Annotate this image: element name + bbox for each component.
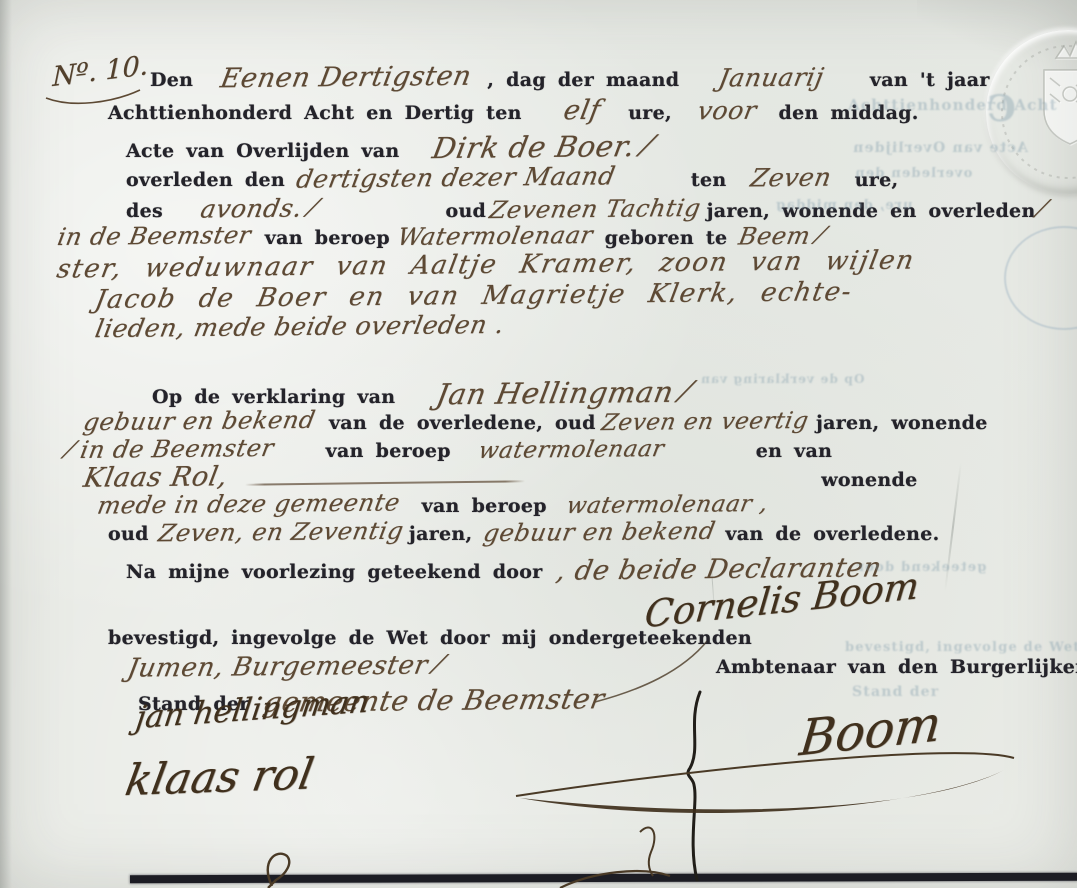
family-line-1: ster, weduwnaar van Aaltje Kramer, zoon … bbox=[58, 250, 914, 280]
declarant1-line: gebuur en bekendvan de overledene, oudZe… bbox=[84, 407, 988, 435]
declarant1-age-entry: Zeven en veertig bbox=[599, 408, 810, 436]
parents-status-entry: lieden, mede beide overleden . bbox=[93, 310, 507, 343]
deceased-age-entry: Zevenen Tachtig bbox=[487, 194, 703, 224]
residence-entry: in de Beemster bbox=[55, 221, 253, 251]
printed-text: Acte van Overlijden van bbox=[126, 140, 399, 162]
signature-klaas-rol: klaas rol bbox=[122, 749, 318, 806]
family-line-2: Jacob de Boer en van Magrietje Klerk, ec… bbox=[96, 281, 851, 311]
official-title-printed-line: Ambtenaar van den Burgerlijken bbox=[716, 656, 1077, 678]
declarant1-name-entry: Jan Hellingman ⁄ bbox=[434, 375, 692, 412]
death-date-line: overleden dendertigsten dezer MaandtenZe… bbox=[126, 163, 898, 192]
printed-text: van de overledene, oud bbox=[329, 412, 596, 434]
declarant1-residence-entry: ⁄ in de Beemster bbox=[65, 434, 276, 464]
signature-tail-stroke bbox=[595, 640, 708, 702]
printed-text: van de overledene. bbox=[725, 523, 939, 545]
declaration-line: Op de verklaring vanJan Hellingman ⁄ bbox=[152, 376, 689, 410]
handwritten-text: ⁄ bbox=[1037, 195, 1047, 223]
brace-ink-mark bbox=[688, 692, 700, 880]
boom-flourish-upper bbox=[516, 753, 1014, 796]
act-title-line: Acte van Overlijden vanDirk de Boer. ⁄ bbox=[126, 130, 650, 164]
hour-entry: elf bbox=[561, 95, 603, 126]
signature-boom: Boom bbox=[797, 695, 944, 768]
declarant1-profession-entry: watermolenaar bbox=[476, 436, 666, 464]
printed-text: ten bbox=[691, 169, 727, 191]
printed-text: van beroep bbox=[422, 495, 547, 517]
declarant1-residence-line: ⁄ in de Beemstervan beroepwatermolenaare… bbox=[68, 435, 832, 463]
printed-text: overleden den bbox=[126, 169, 285, 191]
declarant2-name-entry: Klaas Rol, bbox=[81, 461, 230, 493]
deceased-name-entry: Dirk de Boer. ⁄ bbox=[430, 129, 654, 165]
printed-text: oud bbox=[445, 200, 486, 222]
official-title-entry: Jumen, Burgemeester ⁄ bbox=[125, 650, 444, 683]
declarant2-age-line: oudZeven, en Zeventigjaren,gebuur en bek… bbox=[108, 518, 940, 546]
printed-text: , dag der maand bbox=[487, 69, 679, 91]
printed-text: geboren te bbox=[605, 227, 728, 249]
declarant2-relation-entry: gebuur en bekend bbox=[482, 517, 719, 547]
declarant2-name-line: Klaas Rol,wonende bbox=[84, 462, 917, 493]
bleed-through-text: Achttienhonderd Acht bbox=[848, 96, 1058, 114]
bleed-through-text: geteekend door bbox=[856, 560, 986, 575]
death-day-entry: dertigsten dezer Maand bbox=[294, 161, 618, 193]
declarant2-residence-line: mede in deze gemeentevan beroepwatermole… bbox=[98, 490, 768, 518]
bleed-through-text: Acte van Overlijden bbox=[852, 140, 1028, 156]
death-hour-entry: Zeven bbox=[748, 163, 834, 193]
record-number: Nº. 10. bbox=[52, 50, 148, 93]
blank-filler-rule bbox=[245, 480, 525, 485]
printed-text: van beroep bbox=[265, 227, 390, 249]
declarant2-age-entry: Zeven, en Zeventig bbox=[156, 517, 406, 548]
boom-flourish-lens bbox=[520, 770, 1004, 813]
family-line-3: lieden, mede beide overleden . bbox=[96, 312, 504, 341]
printed-text: van beroep bbox=[326, 440, 451, 462]
printed-text: Op de verklaring van bbox=[152, 386, 395, 408]
date-line-1: DenEenen Dertigsten, dag der maandJanuar… bbox=[150, 62, 990, 93]
before-noon-entry: voor bbox=[695, 96, 759, 126]
month-entry: Januarij bbox=[717, 62, 827, 92]
date-line-2: Achttienhonderd Acht en Dertig tenelfure… bbox=[108, 95, 919, 126]
printed-text: jaren, bbox=[409, 523, 473, 545]
declarant2-residence-entry: mede in deze gemeente bbox=[95, 488, 402, 519]
printed-text: en van bbox=[756, 440, 832, 462]
death-record-page: Nº. 10. DenEenen Dertigsten, dag der maa… bbox=[0, 0, 1077, 888]
printed-text: oud bbox=[108, 523, 149, 545]
bleed-through-text: overleden den bbox=[854, 166, 972, 181]
printed-text: Na mijne voorlezing geteekend door bbox=[126, 561, 543, 583]
bleed-through-text: Op de verklaring van bbox=[700, 372, 864, 386]
day-of-month-entry: Eenen Dertigsten bbox=[218, 61, 474, 95]
bottom-rule-bar bbox=[130, 873, 1077, 883]
bleed-through-text: ure, den middag bbox=[775, 198, 912, 213]
declarant2-profession-entry: watermolenaar , bbox=[564, 491, 770, 519]
printed-text: Ambtenaar van den Burgerlijken bbox=[716, 656, 1077, 678]
scan-edge-shadow bbox=[0, 0, 12, 888]
partial-signature-stroke bbox=[640, 828, 654, 876]
time-of-day-entry: avonds. ⁄ bbox=[198, 193, 318, 223]
profession-entry: Watermolenaar bbox=[395, 221, 595, 251]
printed-text: ure, bbox=[628, 102, 672, 124]
printed-text: Achttienhonderd Acht en Dertig ten bbox=[108, 102, 522, 124]
bleed-through-text: C bbox=[986, 88, 1016, 130]
printed-text: jaren, wonende bbox=[816, 412, 988, 434]
bleed-through-text: bevestigd, ingevolge de Wet door bbox=[845, 640, 1077, 655]
printed-text: van 't jaar bbox=[870, 69, 990, 91]
printed-text: wonende bbox=[821, 469, 917, 491]
faint-blue-stamp bbox=[1004, 226, 1077, 330]
declarant1-relation-entry: gebuur en bekend bbox=[81, 406, 318, 436]
bleed-through-text: Stand der bbox=[852, 684, 939, 700]
official-title-handwritten-line: Jumen, Burgemeester ⁄ bbox=[128, 652, 441, 682]
printed-text: des bbox=[126, 200, 163, 222]
residence-line: in de Beemstervan beroepWatermolenaargeb… bbox=[58, 222, 823, 250]
printed-text: Den bbox=[150, 69, 193, 91]
